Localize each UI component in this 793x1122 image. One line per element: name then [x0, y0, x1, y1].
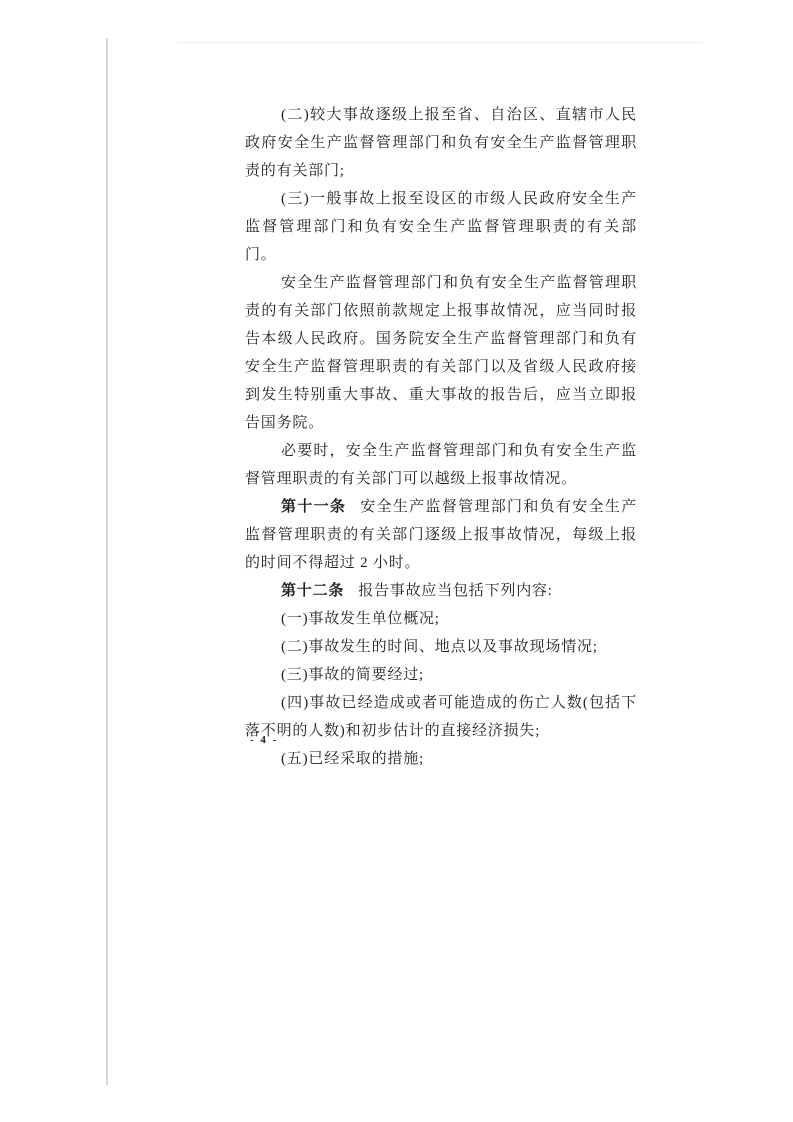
paragraph: 必要时，安全生产监督管理部门和负有安全生产监督管理职责的有关部门可以越级上报事故…: [245, 437, 637, 493]
paragraph-text: (二)事故发生的时间、地点以及事故现场情况;: [281, 639, 598, 655]
article-number: 第十二条: [281, 583, 344, 599]
paragraph-text: (五)已经采取的措施;: [281, 751, 424, 767]
article-number: 第十一条: [281, 499, 346, 515]
paragraph-text: 安全生产监督管理部门和负有安全生产监督管理职责的有关部门依照前款规定上报事故情况…: [245, 275, 637, 431]
paragraph: (二)较大事故逐级上报至省、自治区、直辖市人民政府安全生产监督管理部门和负有安全…: [245, 101, 637, 185]
paragraph: 第十二条报告事故应当包括下列内容:: [245, 577, 637, 605]
document-page: (二)较大事故逐级上报至省、自治区、直辖市人民政府安全生产监督管理部门和负有安全…: [0, 0, 793, 1122]
paragraph-text: (一)事故发生单位概况;: [281, 611, 440, 627]
paragraph: 安全生产监督管理部门和负有安全生产监督管理职责的有关部门依照前款规定上报事故情况…: [245, 269, 637, 437]
scanned-page-top-edge: [177, 42, 703, 43]
document-body: (二)较大事故逐级上报至省、自治区、直辖市人民政府安全生产监督管理部门和负有安全…: [245, 101, 637, 773]
paragraph-text: (三)一般事故上报至设区的市级人民政府安全生产监督管理部门和负有安全生产监督管理…: [245, 191, 637, 263]
paragraph: (四)事故已经造成或者可能造成的伤亡人数(包括下落不明的人数)和初步估计的直接经…: [245, 689, 637, 745]
page-number: - 4 -: [250, 734, 278, 746]
paragraph: (五)已经采取的措施;: [245, 745, 637, 773]
paragraph-text: 报告事故应当包括下列内容:: [358, 583, 553, 599]
paragraph: (三)事故的简要经过;: [245, 661, 637, 689]
paragraph-text: (四)事故已经造成或者可能造成的伤亡人数(包括下落不明的人数)和初步估计的直接经…: [245, 695, 637, 739]
paragraph-text: (三)事故的简要经过;: [281, 667, 424, 683]
paragraph-text: 必要时，安全生产监督管理部门和负有安全生产监督管理职责的有关部门可以越级上报事故…: [245, 443, 637, 487]
paragraph: 第十一条安全生产监督管理部门和负有安全生产监督管理职责的有关部门逐级上报事故情况…: [245, 493, 637, 577]
paragraph-text: (二)较大事故逐级上报至省、自治区、直辖市人民政府安全生产监督管理部门和负有安全…: [245, 107, 637, 179]
paragraph: (二)事故发生的时间、地点以及事故现场情况;: [245, 633, 637, 661]
paragraph: (一)事故发生单位概况;: [245, 605, 637, 633]
page-left-edge-line: [106, 38, 108, 1085]
paragraph: (三)一般事故上报至设区的市级人民政府安全生产监督管理部门和负有安全生产监督管理…: [245, 185, 637, 269]
